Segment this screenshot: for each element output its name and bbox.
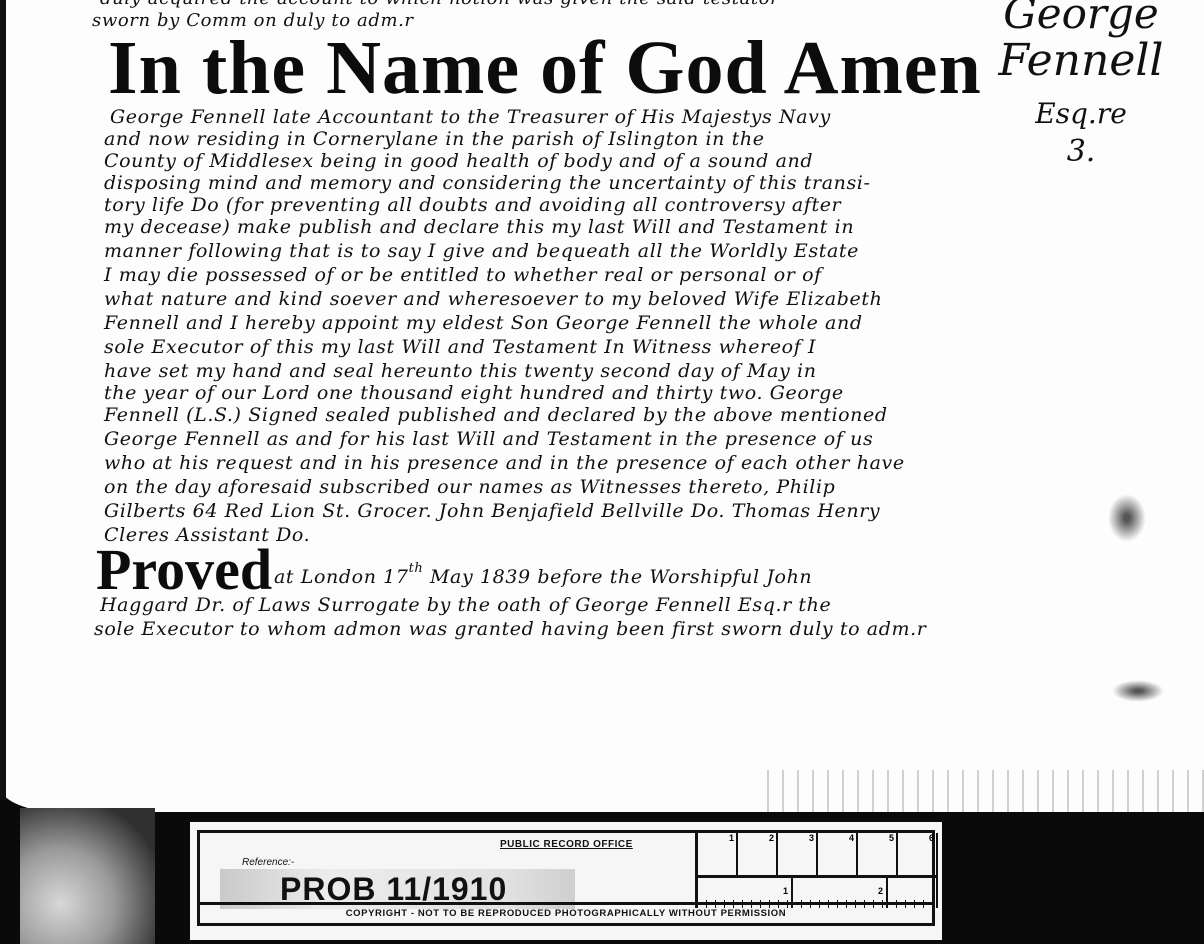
ruler-cm-scale: 1 2 3 4 5 6 xyxy=(698,833,938,878)
top-fragment-line-1: duly acquired the account to which notio… xyxy=(100,0,779,10)
body-line: the year of our Lord one thousand eight … xyxy=(104,382,844,404)
ruler-mark: 3 xyxy=(778,833,818,875)
document-page: duly acquired the account to which notio… xyxy=(0,0,1204,812)
date-ordinal: th xyxy=(409,561,424,576)
body-line: George Fennell late Accountant to the Tr… xyxy=(110,106,831,128)
body-line: Fennell and I hereby appoint my eldest S… xyxy=(104,312,863,334)
body-line: and now residing in Cornerylane in the p… xyxy=(104,128,765,150)
ruler-mark: 6 xyxy=(898,833,938,875)
body-line: who at his request and in his presence a… xyxy=(104,452,905,474)
ruler-mark: 1 xyxy=(698,833,738,875)
scan-background-texture xyxy=(20,808,155,944)
body-line: what nature and kind soever and wheresoe… xyxy=(104,288,882,310)
body-line: County of Middlesex being in good health… xyxy=(104,150,813,172)
body-line: disposing mind and memory and considerin… xyxy=(104,172,871,194)
margin-title: Esq.re xyxy=(976,94,1186,134)
body-line: George Fennell as and for his last Will … xyxy=(104,428,873,450)
page-edge-shadow xyxy=(0,0,6,800)
paper-edge-speckle xyxy=(760,770,1204,812)
margin-note: George Fennell Esq.re 3. xyxy=(976,0,1186,170)
ruler-mark: 4 xyxy=(818,833,858,875)
probate-place-date: at London 17 xyxy=(274,566,409,588)
will-heading: In the Name of God Amen xyxy=(108,28,982,108)
copyright-notice: COPYRIGHT - NOT TO BE REPRODUCED PHOTOGR… xyxy=(200,902,932,923)
body-line: tory life Do (for preventing all doubts … xyxy=(104,194,841,216)
body-line: on the day aforesaid subscribed our name… xyxy=(104,476,835,498)
margin-folio-number: 3. xyxy=(976,134,1186,170)
body-line: I may die possessed of or be entitled to… xyxy=(104,264,822,286)
archive-reference-label: PUBLIC RECORD OFFICE Reference:- PROB 11… xyxy=(190,822,942,940)
probate-heading: Proved xyxy=(96,540,272,600)
body-line: have set my hand and seal hereunto this … xyxy=(104,360,817,382)
ink-smudge xyxy=(1108,494,1146,542)
margin-last-name: Fennell xyxy=(976,36,1186,86)
margin-first-name: George xyxy=(976,0,1186,36)
ink-smudge xyxy=(1112,680,1164,702)
scale-ruler: 1 2 3 4 5 6 1 2 xyxy=(695,833,938,908)
ruler-mark: 2 xyxy=(738,833,778,875)
ruler-mark: 5 xyxy=(858,833,898,875)
probate-line-2: Haggard Dr. of Laws Surrogate by the oat… xyxy=(100,594,831,616)
body-line: manner following that is to say I give a… xyxy=(104,240,859,262)
probate-line-1: at London 17th May 1839 before the Worsh… xyxy=(274,566,812,588)
body-line: my decease) make publish and declare thi… xyxy=(104,216,854,238)
probate-date-rest: May 1839 before the Worshipful John xyxy=(423,566,812,588)
body-line: Gilberts 64 Red Lion St. Grocer. John Be… xyxy=(104,500,880,522)
probate-line-3: sole Executor to whom admon was granted … xyxy=(94,618,926,640)
body-line: sole Executor of this my last Will and T… xyxy=(104,336,816,358)
label-frame: PUBLIC RECORD OFFICE Reference:- PROB 11… xyxy=(197,830,935,926)
reference-label: Reference:- xyxy=(242,857,294,868)
office-name: PUBLIC RECORD OFFICE xyxy=(500,839,633,850)
body-line: Fennell (L.S.) Signed sealed published a… xyxy=(104,404,888,426)
